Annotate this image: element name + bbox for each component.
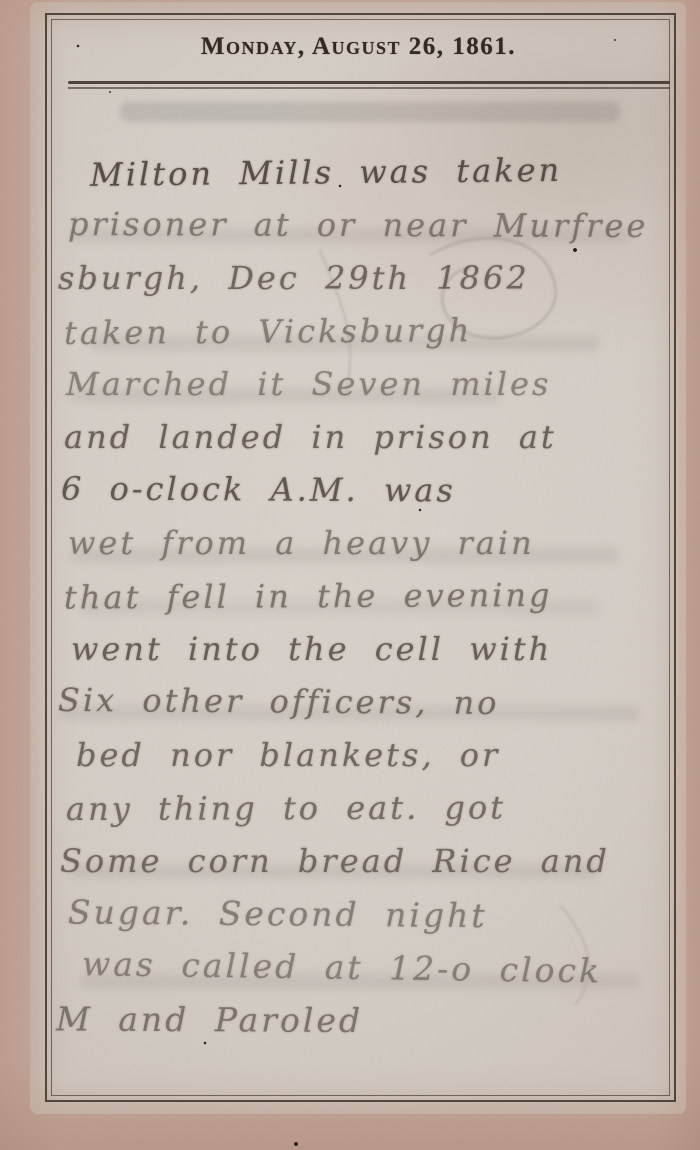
ink-specks [0, 0, 700, 1150]
diary-page-scan: Monday, August 26, 1861. Milton Mills wa… [0, 0, 700, 1150]
